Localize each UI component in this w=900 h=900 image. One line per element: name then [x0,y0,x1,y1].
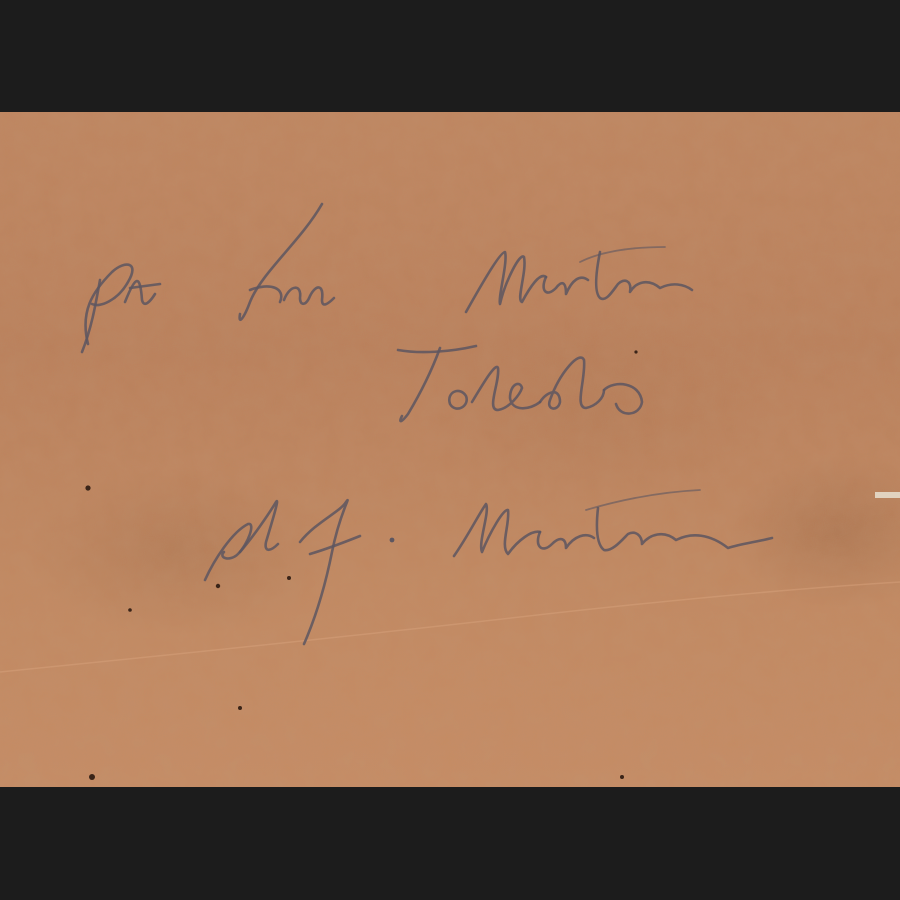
bottom-black-border [0,787,900,900]
top-black-border [0,0,900,112]
handwriting-drawing [0,112,900,787]
cardboard-panel: Pto San Martin Toledo Alf. Martin [0,112,900,787]
